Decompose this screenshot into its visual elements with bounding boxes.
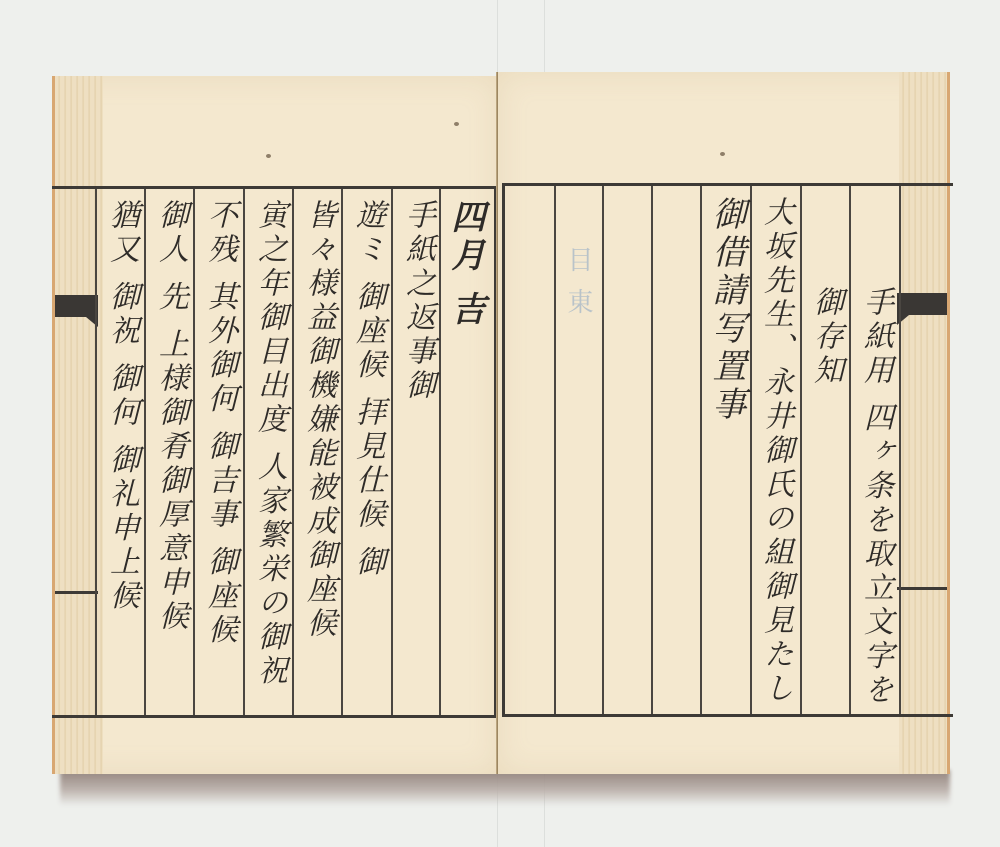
wormhole: [266, 154, 271, 158]
text-column: 手紙用 四ヶ条を取立文字を: [852, 286, 898, 708]
column-rule: [391, 189, 393, 715]
show-through-column: 目 東: [555, 246, 601, 318]
column-rule: [602, 186, 604, 714]
text-column: 御人 先 上様御肴御厚意申候: [147, 199, 193, 634]
text-column: 不残 其外御何 御吉事 御座候: [196, 199, 242, 648]
column-rule: [292, 189, 294, 715]
book-shadow: [60, 770, 950, 806]
left-print-frame: 四月 吉 手紙之返事御 遊ミ 御座候 拝見仕候 御 皆々様益御機嫌能被成御座候 …: [52, 186, 497, 718]
column-rule: [243, 189, 245, 715]
text-column: 寅之年御目出度 人家繁栄の御祝: [246, 199, 292, 689]
text-column: 御借請写置事: [703, 196, 749, 424]
text-column-heading: 四月 吉: [442, 199, 488, 329]
column-rule: [800, 186, 802, 714]
column-rule: [341, 189, 343, 715]
column-rule: [651, 186, 653, 714]
right-print-frame: 手紙用 四ヶ条を取立文字を 御存知 大坂先生、永井御氏の組御見たし 御借請写置事…: [502, 183, 953, 717]
column-rule: [849, 186, 851, 714]
wormhole: [454, 122, 459, 126]
text-column: 皆々様益御機嫌能被成御座候: [295, 199, 341, 641]
right-page: 手紙用 四ヶ条を取立文字を 御存知 大坂先生、永井御氏の組御見たし 御借請写置事…: [498, 72, 950, 774]
text-column: 御存知: [802, 286, 848, 388]
column-rule: [899, 186, 901, 714]
column-rule: [144, 189, 146, 715]
column-rule: [193, 189, 195, 715]
text-column: 遊ミ 御座候 拝見仕候 御: [344, 199, 390, 580]
column-rule: [95, 189, 97, 715]
wormhole: [720, 152, 725, 156]
text-column: 大坂先生、永井御氏の組御見たし: [752, 196, 798, 706]
text-column: 手紙之返事御: [394, 199, 440, 403]
text-column: 猶又 御祝 御何 御礼申上候: [98, 199, 144, 614]
column-rule: [700, 186, 702, 714]
left-page: 四月 吉 手紙之返事御 遊ミ 御座候 拝見仕候 御 皆々様益御機嫌能被成御座候 …: [52, 76, 498, 774]
